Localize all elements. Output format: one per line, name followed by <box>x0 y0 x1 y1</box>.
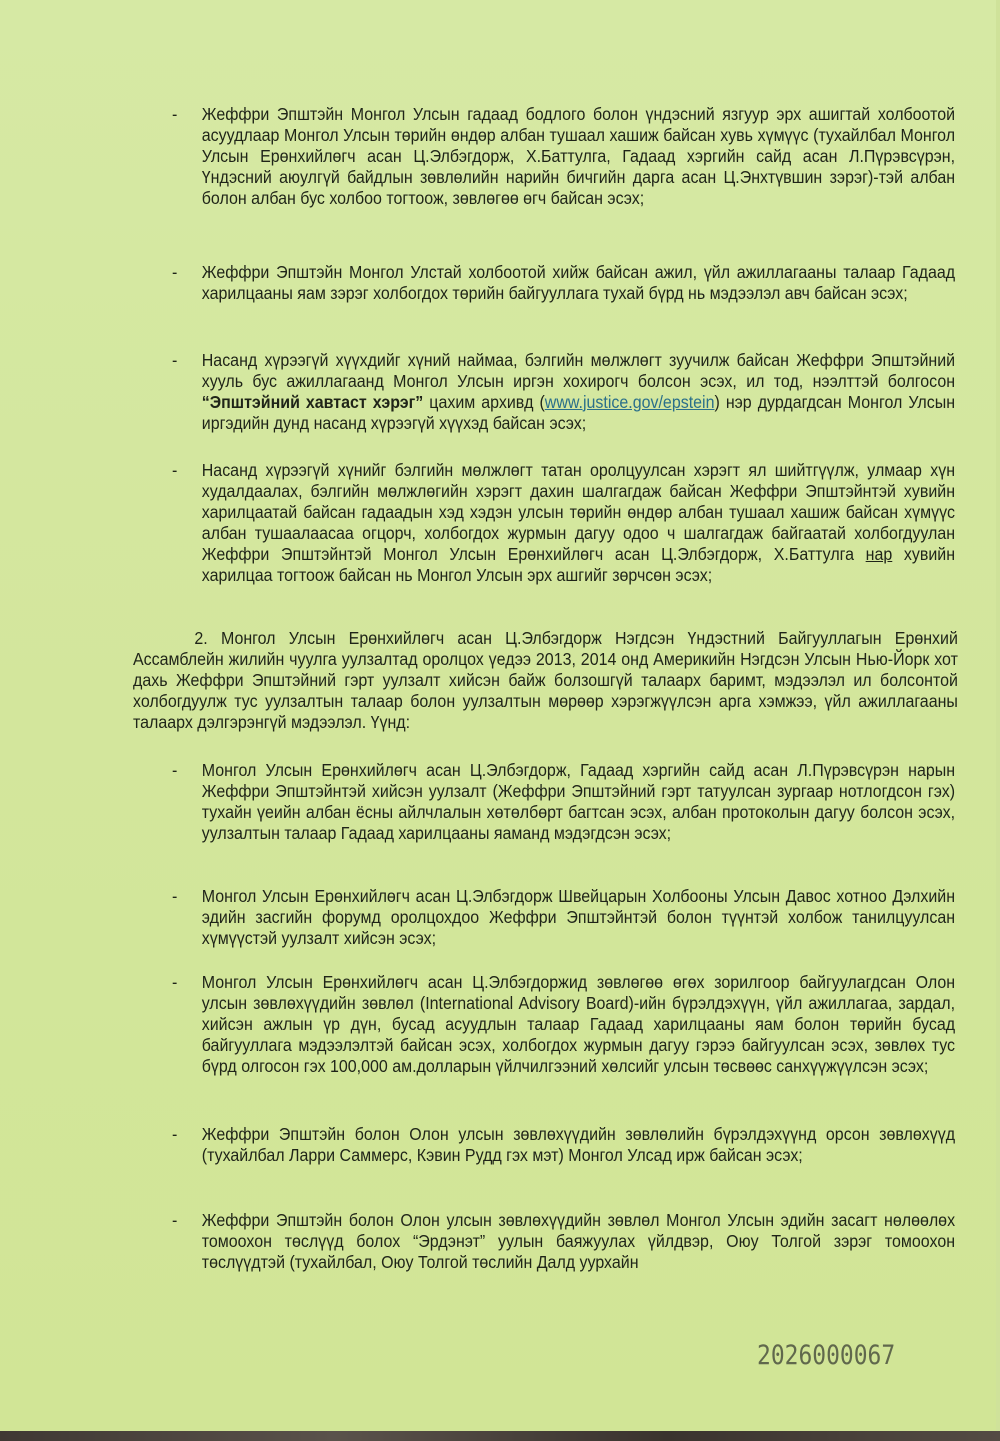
list-item-text: Жеффри Эпштэйн Монгол Улсын гадаад бодло… <box>202 104 955 209</box>
list-item-text: Жеффри Эпштэйн болон Олон улсын зөвлөхүү… <box>202 1210 955 1273</box>
bullet-dash: - <box>172 460 177 481</box>
page-edge <box>996 0 1000 1431</box>
bullet-dash: - <box>172 262 177 283</box>
section-number: 2. <box>194 628 207 648</box>
bullet-dash: - <box>172 350 177 371</box>
document-page: - Жеффри Эпштэйн Монгол Улсын гадаад бод… <box>0 0 997 1431</box>
bullet-dash: - <box>172 104 177 125</box>
list-item-text: Насанд хүрээгүй хүүхдийг хүний наймаа, б… <box>202 350 955 434</box>
bold-case-title: “Эпштэйний хавтаст хэрэг” <box>202 392 424 412</box>
list-item-text: Жеффри Эпштэйн Монгол Улстай холбоотой х… <box>202 262 955 304</box>
table-surface <box>0 1431 1000 1441</box>
justice-gov-link[interactable]: www.justice.gov/epstein <box>545 392 715 412</box>
bullet-dash: - <box>172 760 177 781</box>
list-item-text: Монгол Улсын Ерөнхийлөгч асан Ц.Элбэгдор… <box>202 972 955 1077</box>
underlined-word: нар <box>866 544 893 564</box>
bullet-dash: - <box>172 972 177 993</box>
section-2-paragraph: 2. Монгол Улсын Ерөнхийлөгч асан Ц.Элбэг… <box>133 628 958 733</box>
bullet-dash: - <box>172 1124 177 1145</box>
page-stamp-number: 2026000067 <box>757 1340 895 1371</box>
list-item-text: Жеффри Эпштэйн болон Олон улсын зөвлөхүү… <box>202 1124 955 1166</box>
list-item-text: Монгол Улсын Ерөнхийлөгч асан Ц.Элбэгдор… <box>202 886 955 949</box>
list-item-text: Насанд хүрээгүй хүнийг бэлгийн мөлжлөгт … <box>202 460 955 585</box>
bullet-dash: - <box>172 886 177 907</box>
bullet-dash: - <box>172 1210 177 1231</box>
list-item-text: Монгол Улсын Ерөнхийлөгч асан Ц.Элбэгдор… <box>202 760 955 844</box>
